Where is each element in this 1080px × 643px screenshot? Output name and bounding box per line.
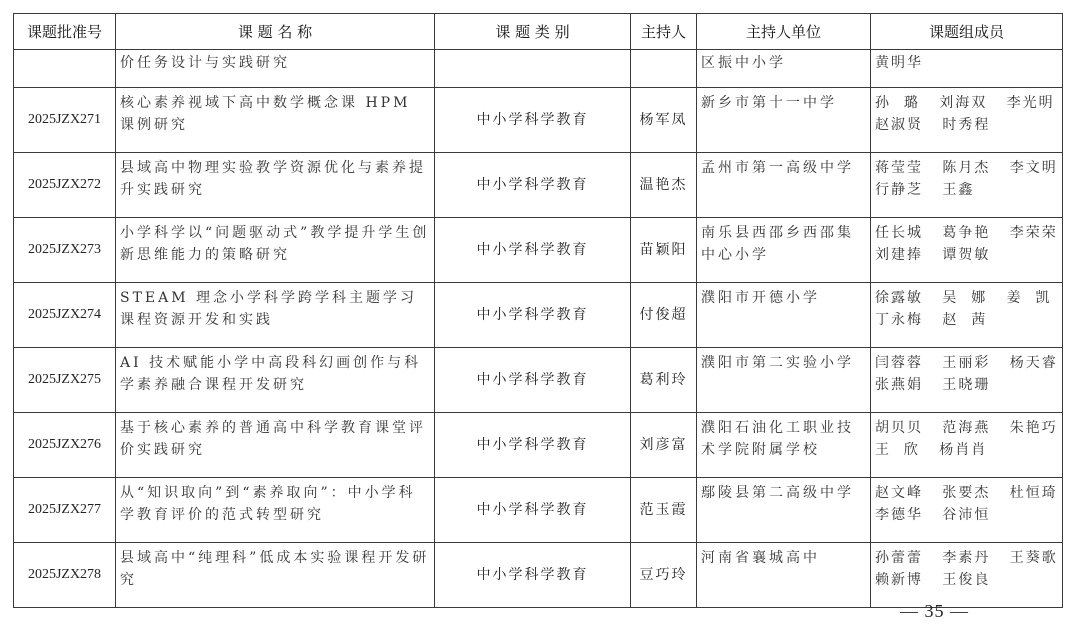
member-line: 闫蓉蓉 王丽彩 杨天睿 <box>875 352 1058 374</box>
header-unit: 主持人单位 <box>697 14 871 50</box>
cell-unit: 濮阳石油化工职业技术学院附属学校 <box>697 413 871 478</box>
cell-title: 核心素养视域下高中数学概念课 HPM 课例研究 <box>116 88 435 153</box>
member-line: 任长城 葛争艳 李荣荣 <box>875 222 1058 244</box>
cell-id: 2025JZX271 <box>14 88 116 153</box>
member-line: 孙 璐 刘海双 李光明 <box>875 92 1058 114</box>
member-line: 赵淑贤 时秀程 <box>875 114 1058 136</box>
cell-title: 基于核心素养的普通高中科学教育课堂评价实践研究 <box>116 413 435 478</box>
cell-unit: 鄢陵县第二高级中学 <box>697 478 871 543</box>
member-line: 徐露敏 吴 娜 姜 凯 <box>875 287 1058 309</box>
cell-id: 2025JZX274 <box>14 283 116 348</box>
cell-members: 孙蕾蕾 李素丹 王葵歌 赖新博 王俊良 <box>871 543 1063 608</box>
table-row: 2025JZX271 核心素养视域下高中数学概念课 HPM 课例研究 中小学科学… <box>14 88 1063 153</box>
cell-unit: 濮阳市第二实验小学 <box>697 348 871 413</box>
header-members: 课题组成员 <box>871 14 1063 50</box>
cell-members: 闫蓉蓉 王丽彩 杨天睿 张燕娟 王晓珊 <box>871 348 1063 413</box>
cell-unit: 孟州市第一高级中学 <box>697 153 871 218</box>
member-line: 胡贝贝 范海燕 朱艳巧 <box>875 417 1058 439</box>
cell-host: 杨军凤 <box>631 88 697 153</box>
cell-category <box>435 50 631 88</box>
cell-category: 中小学科学教育 <box>435 543 631 608</box>
cell-members: 胡贝贝 范海燕 朱艳巧 王 欣 杨肖肖 <box>871 413 1063 478</box>
cell-host: 苗颖阳 <box>631 218 697 283</box>
cell-host <box>631 50 697 88</box>
member-line: 孙蕾蕾 李素丹 王葵歌 <box>875 547 1058 569</box>
cell-id: 2025JZX272 <box>14 153 116 218</box>
cell-unit: 南乐县西邵乡西邵集中心小学 <box>697 218 871 283</box>
cell-unit: 区振中小学 <box>697 50 871 88</box>
cell-members: 赵文峰 张要杰 杜恒琦 李德华 谷沛恒 <box>871 478 1063 543</box>
page-number: — 35 — <box>900 601 969 622</box>
cell-host: 豆巧玲 <box>631 543 697 608</box>
header-host: 主持人 <box>631 14 697 50</box>
cell-category: 中小学科学教育 <box>435 218 631 283</box>
cell-category: 中小学科学教育 <box>435 478 631 543</box>
cell-id <box>14 50 116 88</box>
table-row: 2025JZX277 从“知识取向”到“素养取向”：中小学科学教育评价的范式转型… <box>14 478 1063 543</box>
table-row: 2025JZX272 县域高中物理实验教学资源优化与素养提升实践研究 中小学科学… <box>14 153 1063 218</box>
member-line: 赖新博 王俊良 <box>875 569 1058 591</box>
cell-id: 2025JZX278 <box>14 543 116 608</box>
member-line: 行静芝 王鑫 <box>875 179 1058 201</box>
cell-title: STEAM 理念小学科学跨学科主题学习课程资源开发和实践 <box>116 283 435 348</box>
cell-unit: 新乡市第十一中学 <box>697 88 871 153</box>
cell-title: AI 技术赋能小学中高段科幻画创作与科学素养融合课程开发研究 <box>116 348 435 413</box>
member-line: 王 欣 杨肖肖 <box>875 439 1058 461</box>
cell-members: 任长城 葛争艳 李荣荣 刘建捧 谭贺敏 <box>871 218 1063 283</box>
header-row: 课题批准号 课 题 名 称 课 题 类 别 主持人 主持人单位 课题组成员 <box>14 14 1063 50</box>
cell-host: 付俊超 <box>631 283 697 348</box>
cell-host: 葛利玲 <box>631 348 697 413</box>
continuation-row: 价任务设计与实践研究 区振中小学 黄明华 <box>14 50 1063 88</box>
member-line: 丁永梅 赵 茜 <box>875 309 1058 331</box>
project-table: 课题批准号 课 题 名 称 课 题 类 别 主持人 主持人单位 课题组成员 价任… <box>13 13 1063 608</box>
cell-category: 中小学科学教育 <box>435 153 631 218</box>
member-line: 张燕娟 王晓珊 <box>875 374 1058 396</box>
table-row: 2025JZX273 小学科学以“问题驱动式”教学提升学生创新思维能力的策略研究… <box>14 218 1063 283</box>
cell-title: 县域高中“纯理科”低成本实验课程开发研究 <box>116 543 435 608</box>
member-line: 刘建捧 谭贺敏 <box>875 244 1058 266</box>
cell-host: 温艳杰 <box>631 153 697 218</box>
cell-title: 价任务设计与实践研究 <box>116 50 435 88</box>
member-line: 李德华 谷沛恒 <box>875 504 1058 526</box>
cell-id: 2025JZX273 <box>14 218 116 283</box>
cell-members: 黄明华 <box>871 50 1063 88</box>
cell-members: 孙 璐 刘海双 李光明 赵淑贤 时秀程 <box>871 88 1063 153</box>
cell-host: 范玉霞 <box>631 478 697 543</box>
cell-id: 2025JZX275 <box>14 348 116 413</box>
cell-category: 中小学科学教育 <box>435 348 631 413</box>
table-row: 2025JZX278 县域高中“纯理科”低成本实验课程开发研究 中小学科学教育 … <box>14 543 1063 608</box>
cell-unit: 河南省襄城高中 <box>697 543 871 608</box>
cell-members: 蒋莹莹 陈月杰 李文明 行静芝 王鑫 <box>871 153 1063 218</box>
cell-title: 小学科学以“问题驱动式”教学提升学生创新思维能力的策略研究 <box>116 218 435 283</box>
cell-members: 徐露敏 吴 娜 姜 凯 丁永梅 赵 茜 <box>871 283 1063 348</box>
header-id: 课题批准号 <box>14 14 116 50</box>
table-row: 2025JZX276 基于核心素养的普通高中科学教育课堂评价实践研究 中小学科学… <box>14 413 1063 478</box>
cell-category: 中小学科学教育 <box>435 413 631 478</box>
cell-id: 2025JZX277 <box>14 478 116 543</box>
header-title: 课 题 名 称 <box>116 14 435 50</box>
member-line: 蒋莹莹 陈月杰 李文明 <box>875 157 1058 179</box>
cell-title: 从“知识取向”到“素养取向”：中小学科学教育评价的范式转型研究 <box>116 478 435 543</box>
header-category: 课 题 类 别 <box>435 14 631 50</box>
cell-host: 刘彦富 <box>631 413 697 478</box>
cell-category: 中小学科学教育 <box>435 88 631 153</box>
table-row: 2025JZX275 AI 技术赋能小学中高段科幻画创作与科学素养融合课程开发研… <box>14 348 1063 413</box>
member-line: 黄明华 <box>875 52 1058 74</box>
member-line: 赵文峰 张要杰 杜恒琦 <box>875 482 1058 504</box>
cell-id: 2025JZX276 <box>14 413 116 478</box>
cell-unit: 濮阳市开德小学 <box>697 283 871 348</box>
cell-title: 县域高中物理实验教学资源优化与素养提升实践研究 <box>116 153 435 218</box>
cell-category: 中小学科学教育 <box>435 283 631 348</box>
table-row: 2025JZX274 STEAM 理念小学科学跨学科主题学习课程资源开发和实践 … <box>14 283 1063 348</box>
